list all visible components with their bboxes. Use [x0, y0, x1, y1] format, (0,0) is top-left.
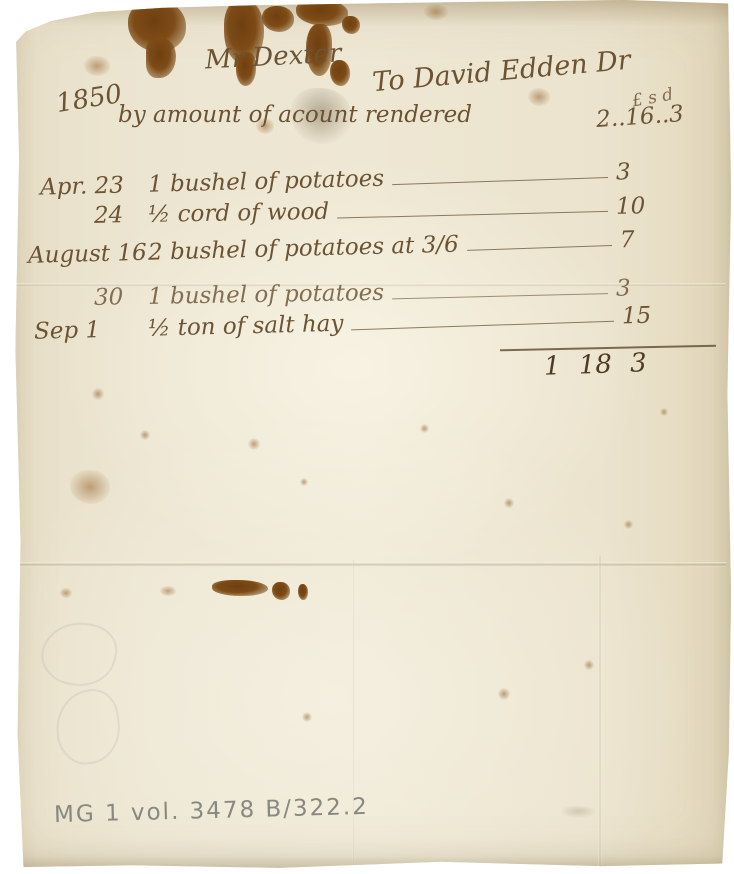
foxing-spot: [302, 712, 312, 722]
foxing-spot: [498, 688, 510, 700]
fold-crease-vertical-right: [598, 556, 602, 868]
ink-stain: [60, 588, 72, 598]
ledger-row: August 16 2 bushel of potatoes at 3/6 7: [28, 225, 704, 269]
item-description: ½ ton of salt hay: [148, 311, 344, 342]
item-description: 1 bushel of potatoes: [148, 166, 385, 198]
foxing-spot: [660, 408, 668, 416]
foxing-spot: [300, 478, 308, 486]
addressee-name: Mr Dexter: [204, 38, 342, 75]
ink-stain: [84, 56, 110, 76]
item-date: Sep 1: [34, 316, 149, 345]
item-description: 2 bushel of potatoes at 3/6: [148, 232, 459, 266]
ink-stain: [212, 580, 268, 596]
ink-stain: [146, 38, 176, 78]
item-date: 24: [40, 202, 148, 230]
fold-crease-horizontal-lower: [8, 562, 726, 567]
foxing-spot: [584, 660, 594, 670]
leader-line: [467, 244, 612, 251]
scanned-document: Mr Dexter To David Edden Dr £ s d 1850 b…: [0, 0, 734, 874]
year-label: 1850: [54, 79, 124, 119]
ink-stain: [528, 88, 550, 106]
intro-amount: 2..16..3: [595, 101, 684, 133]
total-amount: 1 18 3: [544, 348, 648, 382]
ink-stain: [262, 6, 294, 32]
ink-stain: [424, 4, 448, 20]
leader-line: [392, 176, 608, 185]
item-date: Apr. 23: [40, 172, 149, 201]
item-date: 30: [40, 284, 148, 312]
ink-stain: [160, 586, 176, 596]
ink-stain: [272, 582, 290, 600]
item-description: 1 bushel of potatoes: [148, 280, 384, 310]
item-date: August 16: [28, 240, 149, 269]
item-amount: 7: [620, 225, 705, 253]
pencil-smudge: [560, 806, 596, 818]
foxing-spot: [248, 438, 260, 450]
item-description: ½ cord of wood: [148, 199, 330, 228]
intro-line: by amount of acount rendered: [118, 102, 472, 128]
creditor-line: To David Edden Dr: [371, 45, 632, 98]
item-amount: 10: [616, 192, 700, 219]
foxing-spot: [70, 470, 110, 504]
paper-sheet: Mr Dexter To David Edden Dr £ s d 1850 b…: [0, 0, 734, 874]
leader-line: [352, 320, 614, 331]
foxing-spot: [624, 520, 633, 529]
item-amount: 15: [622, 301, 707, 329]
leader-line: [392, 292, 608, 299]
ink-stain: [128, 0, 186, 52]
ink-stain: [298, 584, 308, 600]
ghost-scribble: [36, 615, 122, 693]
item-amount: 3: [616, 157, 701, 185]
archival-reference-number: MG 1 vol. 3478 B/322.2: [54, 794, 369, 828]
ink-stain: [296, 0, 348, 26]
ink-stain: [342, 16, 360, 34]
item-amount: 3: [616, 274, 700, 301]
foxing-spot: [420, 424, 429, 433]
foxing-spot: [504, 498, 514, 508]
foxing-spot: [92, 388, 104, 400]
leader-line: [337, 210, 608, 219]
foxing-spot: [140, 430, 150, 440]
ghost-scribble: [51, 686, 125, 768]
